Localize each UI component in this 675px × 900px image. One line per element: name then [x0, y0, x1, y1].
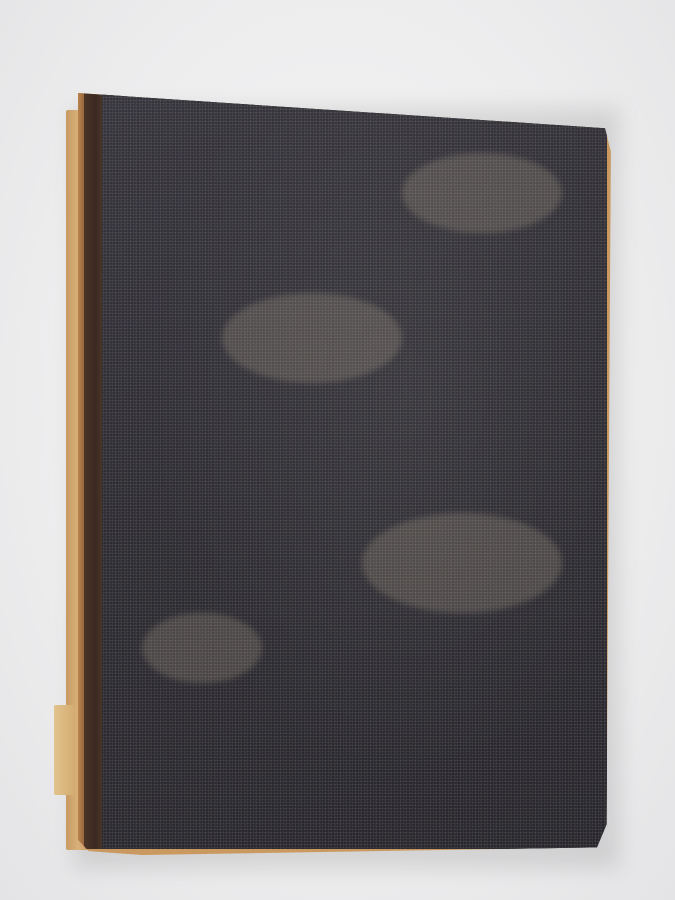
book [78, 90, 613, 855]
scuff-mark [222, 293, 402, 383]
book-cover [102, 93, 607, 849]
paper-tab [54, 705, 74, 795]
scuff-mark [142, 613, 262, 683]
scuff-mark [362, 513, 562, 613]
scuff-mark [402, 153, 562, 233]
